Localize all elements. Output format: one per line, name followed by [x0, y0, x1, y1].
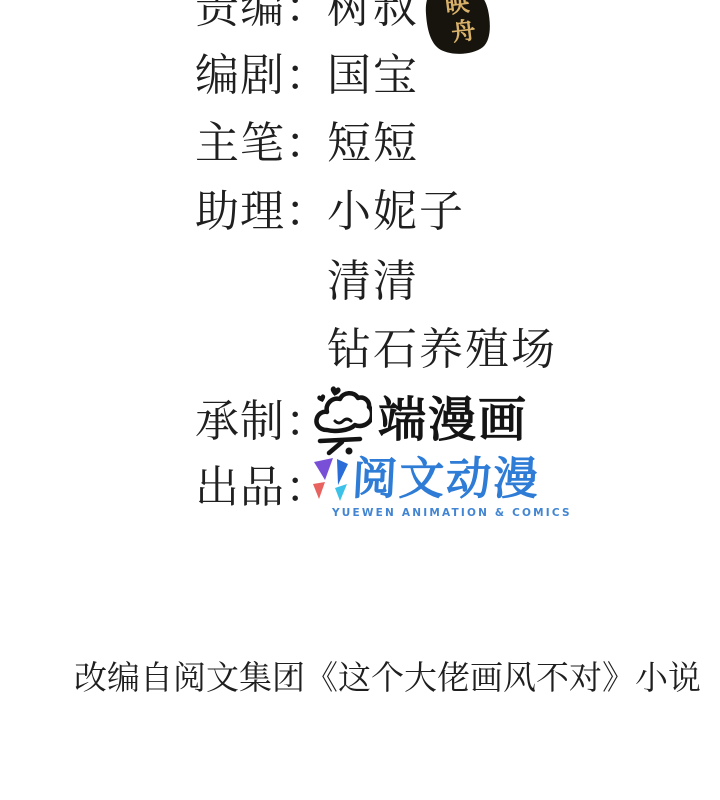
credit-name: 短短: [327, 120, 419, 168]
seal-char-bottom: 舟: [450, 15, 477, 47]
producer-label: 承制：: [195, 398, 330, 446]
adaptation-note: 改编自阅文集团《这个大佬画风不对》小说: [74, 656, 701, 700]
cloud-icon: [312, 382, 372, 458]
comic-credits-page: 责编： 树叔 映 舟 编剧： 国宝 主笔： 短短 助理： 小妮子 清清 钻石养殖…: [0, 0, 720, 800]
credit-row-assistant-3: 钻石养殖场: [195, 326, 625, 378]
producer-studio-name: 端漫画: [378, 382, 528, 444]
credit-label: 责编：: [195, 0, 330, 32]
credit-label: 助理：: [195, 188, 330, 236]
credit-row-lead-artist: 主笔： 短短: [195, 120, 625, 172]
seal-icon: 映 舟: [423, 0, 493, 58]
credit-row-assistant-1: 助理： 小妮子: [195, 188, 625, 240]
credit-label: 编剧：: [195, 52, 330, 100]
publisher-brand-name: 阅文动漫: [351, 454, 550, 504]
cloud-studio-logo: 端漫画: [312, 382, 528, 458]
credit-name: 钻石养殖场: [327, 326, 557, 374]
credit-label: 主笔：: [195, 120, 330, 168]
credit-row-assistant-2: 清清: [195, 258, 625, 310]
credit-row-scriptwriter: 编剧： 国宝: [195, 52, 625, 104]
publisher-brand-subtitle: YUEWEN ANIMATION & COMICS: [332, 507, 548, 519]
credit-row-chief-editor: 责编： 树叔: [195, 0, 625, 36]
credit-name: 清清: [327, 258, 419, 306]
pinwheel-icon: [308, 456, 356, 506]
credit-name: 树叔: [327, 0, 419, 32]
artist-seal: 映 舟: [423, 0, 493, 58]
yuewen-logo: 阅文动漫 YUEWEN ANIMATION & COMICS: [308, 454, 548, 519]
credit-name: 小妮子: [327, 188, 465, 236]
credit-name: 国宝: [327, 52, 419, 100]
